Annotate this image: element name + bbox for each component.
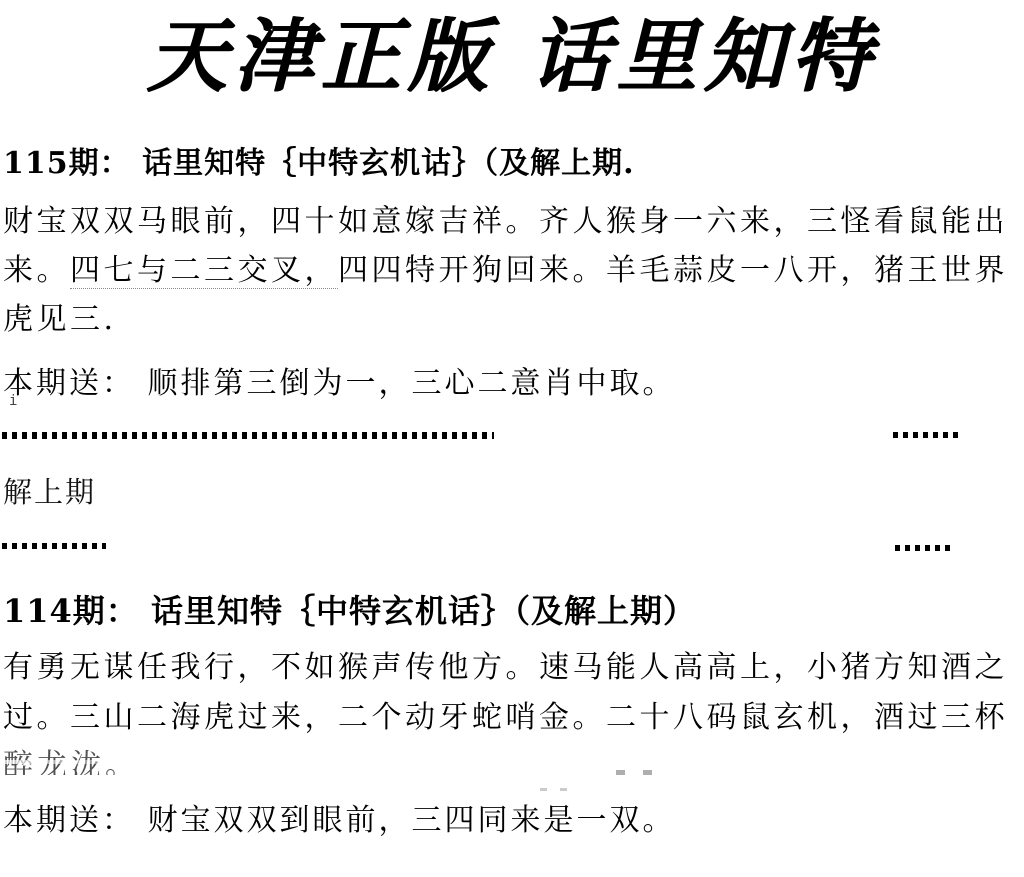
issue-114-gift-line: 本期送： 财宝双双到眼前，三四同来是一双。 bbox=[3, 795, 676, 839]
issue-114-poem: 有勇无谋任我行，不如猴声传他方。速马能人高高上，小猪方知酒之过。三山二海虎过来，… bbox=[3, 643, 1023, 743]
scan-artifact-dashes-2 bbox=[540, 788, 570, 791]
page-title: 天津正版 话里知特 bbox=[0, 0, 1024, 112]
dotted-separator-2-left bbox=[2, 543, 106, 549]
dotted-separator-1-right bbox=[893, 432, 963, 438]
issue-115-heading: 115期： 话里知特｛中特玄机诂｝（及解上期. bbox=[3, 138, 635, 182]
scanned-lottery-sheet: 天津正版 话里知特 115期： 话里知特｛中特玄机诂｝（及解上期. 财宝双双马眼… bbox=[0, 0, 1024, 877]
scan-artifact-dashes bbox=[616, 770, 658, 775]
issue-115-gift-line: 本期送： 顺排第三倒为一，三心二意肖中取。 bbox=[3, 358, 676, 402]
issue-114-heading: 114期： 话里知特｛中特玄机话｝（及解上期） bbox=[3, 586, 696, 632]
scan-artifact-speck: i bbox=[9, 393, 17, 409]
dotted-separator-2-right bbox=[895, 545, 953, 551]
poem-115-underlined-phrase: 四七与二三交叉， bbox=[70, 253, 338, 289]
issue-115-poem: 财宝双双马眼前，四十如意嫁吉祥。齐人猴身一六来，三怪看鼠能出来。四七与二三交叉，… bbox=[3, 197, 1023, 344]
issue-114-poem-faded-line: 醉龙泷。 bbox=[3, 748, 703, 775]
dotted-separator-1-left bbox=[2, 432, 494, 439]
previous-issue-label: 解上期 bbox=[3, 470, 96, 511]
